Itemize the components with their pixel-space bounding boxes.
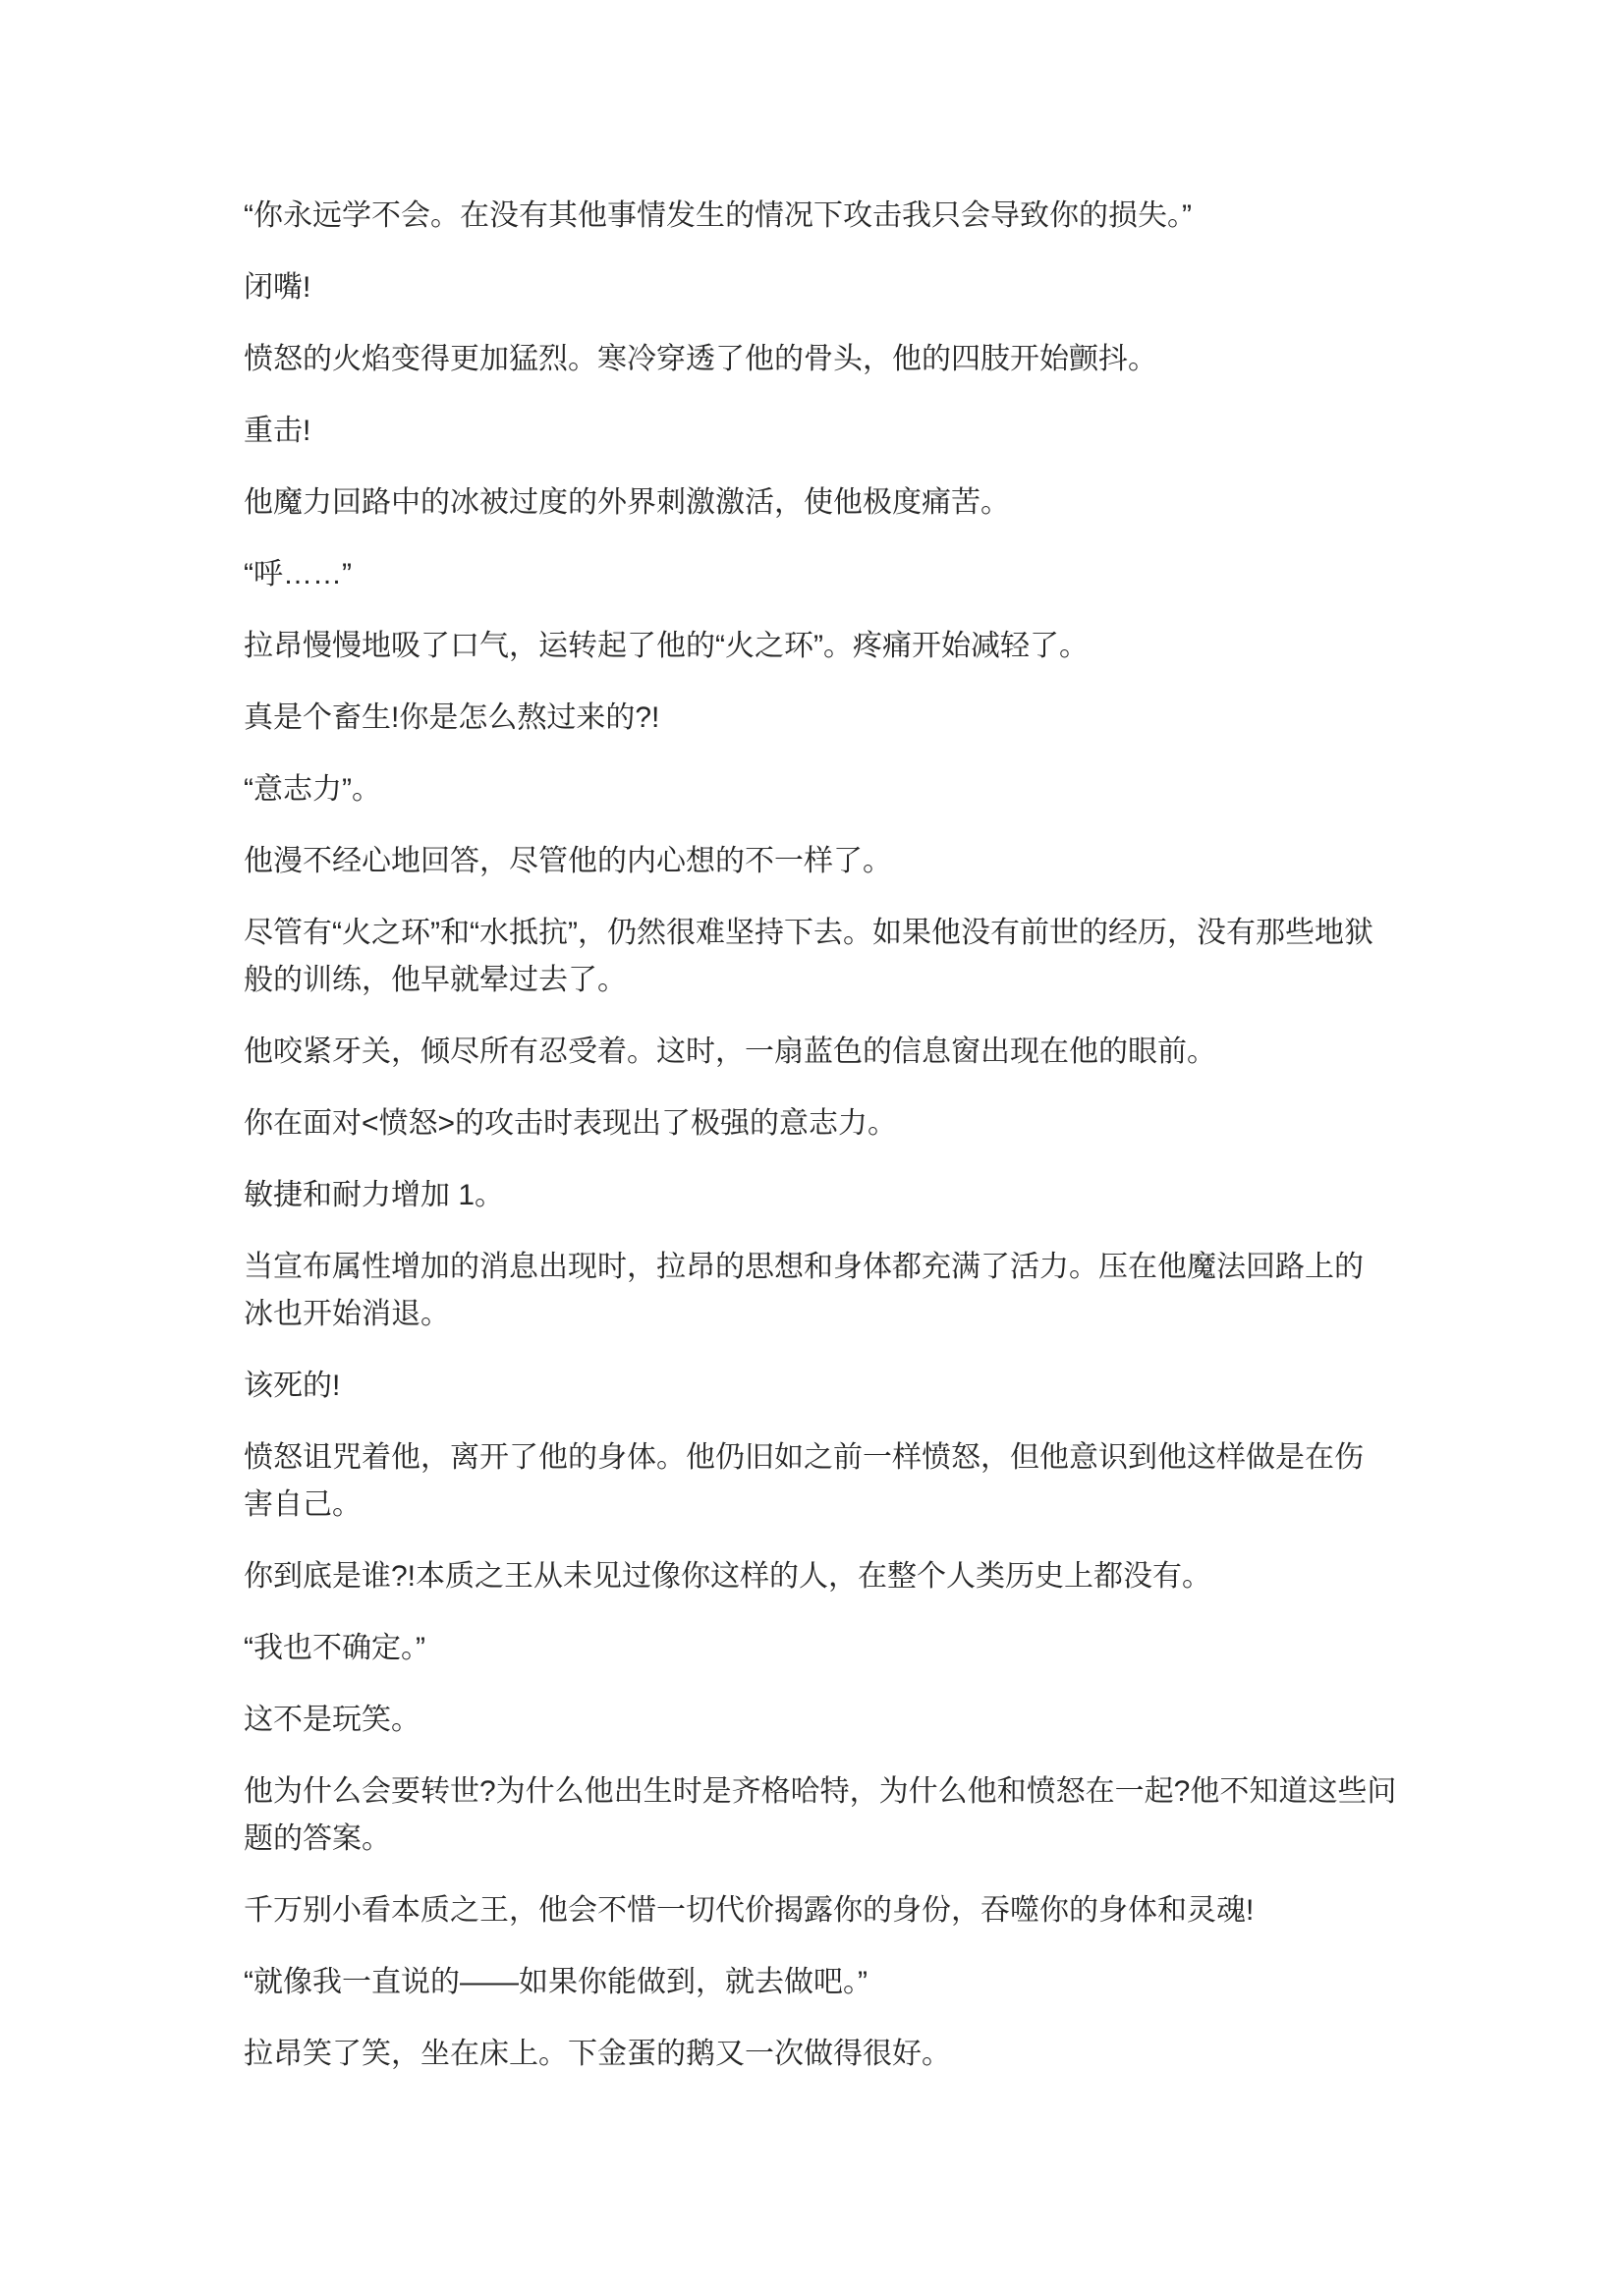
paragraph: “意志力”。 (244, 766, 1511, 813)
paragraph: 闭嘴! (244, 264, 1511, 311)
paragraph: 千万别小看本质之王，他会不惜一切代价揭露你的身份，吞噬你的身体和灵魂! (244, 1887, 1511, 1934)
novel-text-content: “你永远学不会。在没有其他事情发生的情况下攻击我只会导致你的损失。” 闭嘴! 愤… (244, 193, 1511, 2078)
paragraph: 这不是玩笑。 (244, 1697, 1511, 1744)
paragraph: 真是个畜生!你是怎么熬过来的?! (244, 695, 1511, 742)
paragraph: “我也不确定。” (244, 1625, 1511, 1672)
paragraph: 拉昂笑了笑，坐在床上。下金蛋的鹅又一次做得很好。 (244, 2031, 1511, 2078)
paragraph: 重击! (244, 408, 1511, 455)
novel-page: “你永远学不会。在没有其他事情发生的情况下攻击我只会导致你的损失。” 闭嘴! 愤… (0, 0, 1624, 2296)
paragraph: 拉昂慢慢地吸了口气，运转起了他的“火之环”。疼痛开始减轻了。 (244, 623, 1511, 670)
paragraph: 他魔力回路中的冰被过度的外界刺激激活，使他极度痛苦。 (244, 479, 1511, 527)
paragraph: 你到底是谁?!本质之王从未见过像你这样的人，在整个人类历史上都没有。 (244, 1553, 1511, 1600)
paragraph: 敏捷和耐力增加 1。 (244, 1172, 1511, 1219)
paragraph: 他漫不经心地回答，尽管他的内心想的不一样了。 (244, 838, 1511, 885)
paragraph: 愤怒诅咒着他，离开了他的身体。他仍旧如之前一样愤怒，但他意识到他这样做是在伤 害… (244, 1434, 1511, 1529)
paragraph: 当宣布属性增加的消息出现时，拉昂的思想和身体都充满了活力。压在他魔法回路上的 冰… (244, 1244, 1511, 1338)
paragraph: “你永远学不会。在没有其他事情发生的情况下攻击我只会导致你的损失。” (244, 193, 1511, 240)
paragraph: 愤怒的火焰变得更加猛烈。寒冷穿透了他的骨头，他的四肢开始颤抖。 (244, 336, 1511, 383)
paragraph: 他为什么会要转世?为什么他出生时是齐格哈特，为什么他和愤怒在一起?他不知道这些问… (244, 1768, 1511, 1863)
paragraph: “就像我一直说的——如果你能做到，就去做吧。” (244, 1959, 1511, 2006)
paragraph: 你在面对<愤怒>的攻击时表现出了极强的意志力。 (244, 1100, 1511, 1148)
paragraph: 该死的! (244, 1363, 1511, 1410)
paragraph: 他咬紧牙关，倾尽所有忍受着。这时，一扇蓝色的信息窗出现在他的眼前。 (244, 1029, 1511, 1076)
paragraph: 尽管有“火之环”和“水抵抗”，仍然很难坚持下去。如果他没有前世的经历，没有那些地… (244, 910, 1511, 1004)
paragraph: “呼……” (244, 551, 1511, 598)
